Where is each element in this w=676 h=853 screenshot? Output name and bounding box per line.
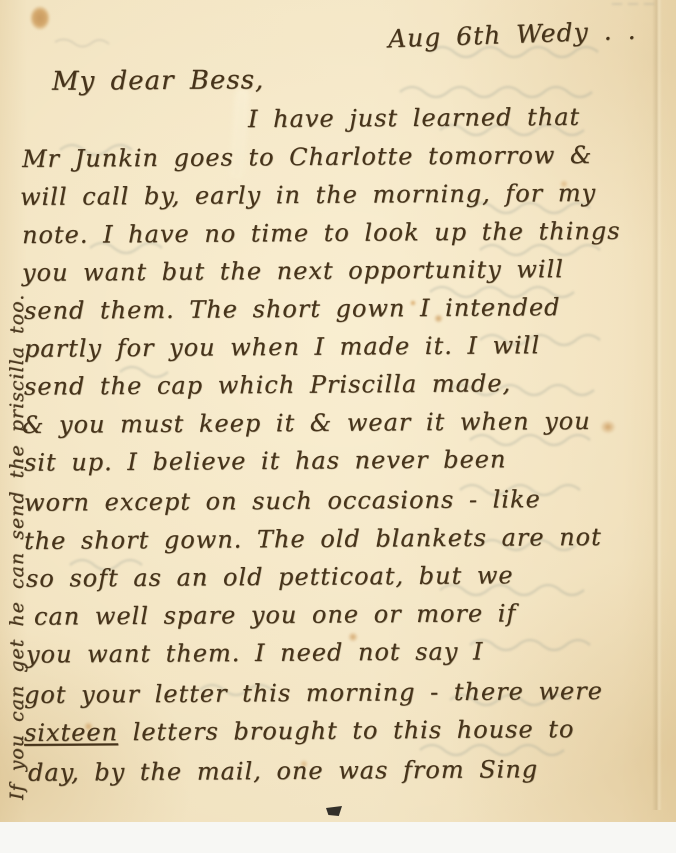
body-line: day, by the mail, one was from Sing <box>28 755 538 787</box>
margin-note: If you can get he can send the priscilla… <box>6 100 28 800</box>
body-line-rest: letters brought to this house to <box>118 715 574 746</box>
body-line: I have just learned that <box>248 103 580 133</box>
body-line: worn except on such occasions - like <box>24 485 541 517</box>
body-line: & you must keep it & wear it when you <box>22 407 591 439</box>
body-line: so soft as an old petticoat, but we <box>26 561 514 592</box>
body-line: sixteen letters brought to this house to <box>24 715 575 747</box>
body-line: send the cap which Priscilla made, <box>24 369 511 400</box>
salutation: My dear Bess, <box>52 65 264 96</box>
body-line: got your letter this morning - there wer… <box>24 677 603 709</box>
body-line: Mr Junkin goes to Charlotte tomorrow & <box>22 141 592 173</box>
body-line: the short gown. The old blankets are not <box>24 523 602 555</box>
body-line: you want but the next opportunity will <box>22 255 564 287</box>
body-line: will call by, early in the morning, for … <box>20 179 596 211</box>
body-line: sit up. I believe it has never been <box>24 445 507 476</box>
body-line: can well spare you one or more if <box>34 599 516 630</box>
body-line: send them. The short gown I intended <box>24 293 561 325</box>
date-line: Aug 6th Wedy . . <box>388 16 637 54</box>
body-line: you want them. I need not say I <box>26 637 484 668</box>
body-line: partly for you when I made it. I will <box>24 331 540 363</box>
underlined-word: sixteen <box>24 718 118 747</box>
body-line: note. I have no time to look up the thin… <box>22 217 621 249</box>
letter-content: Aug 6th Wedy . . My dear Bess, I have ju… <box>0 0 676 822</box>
